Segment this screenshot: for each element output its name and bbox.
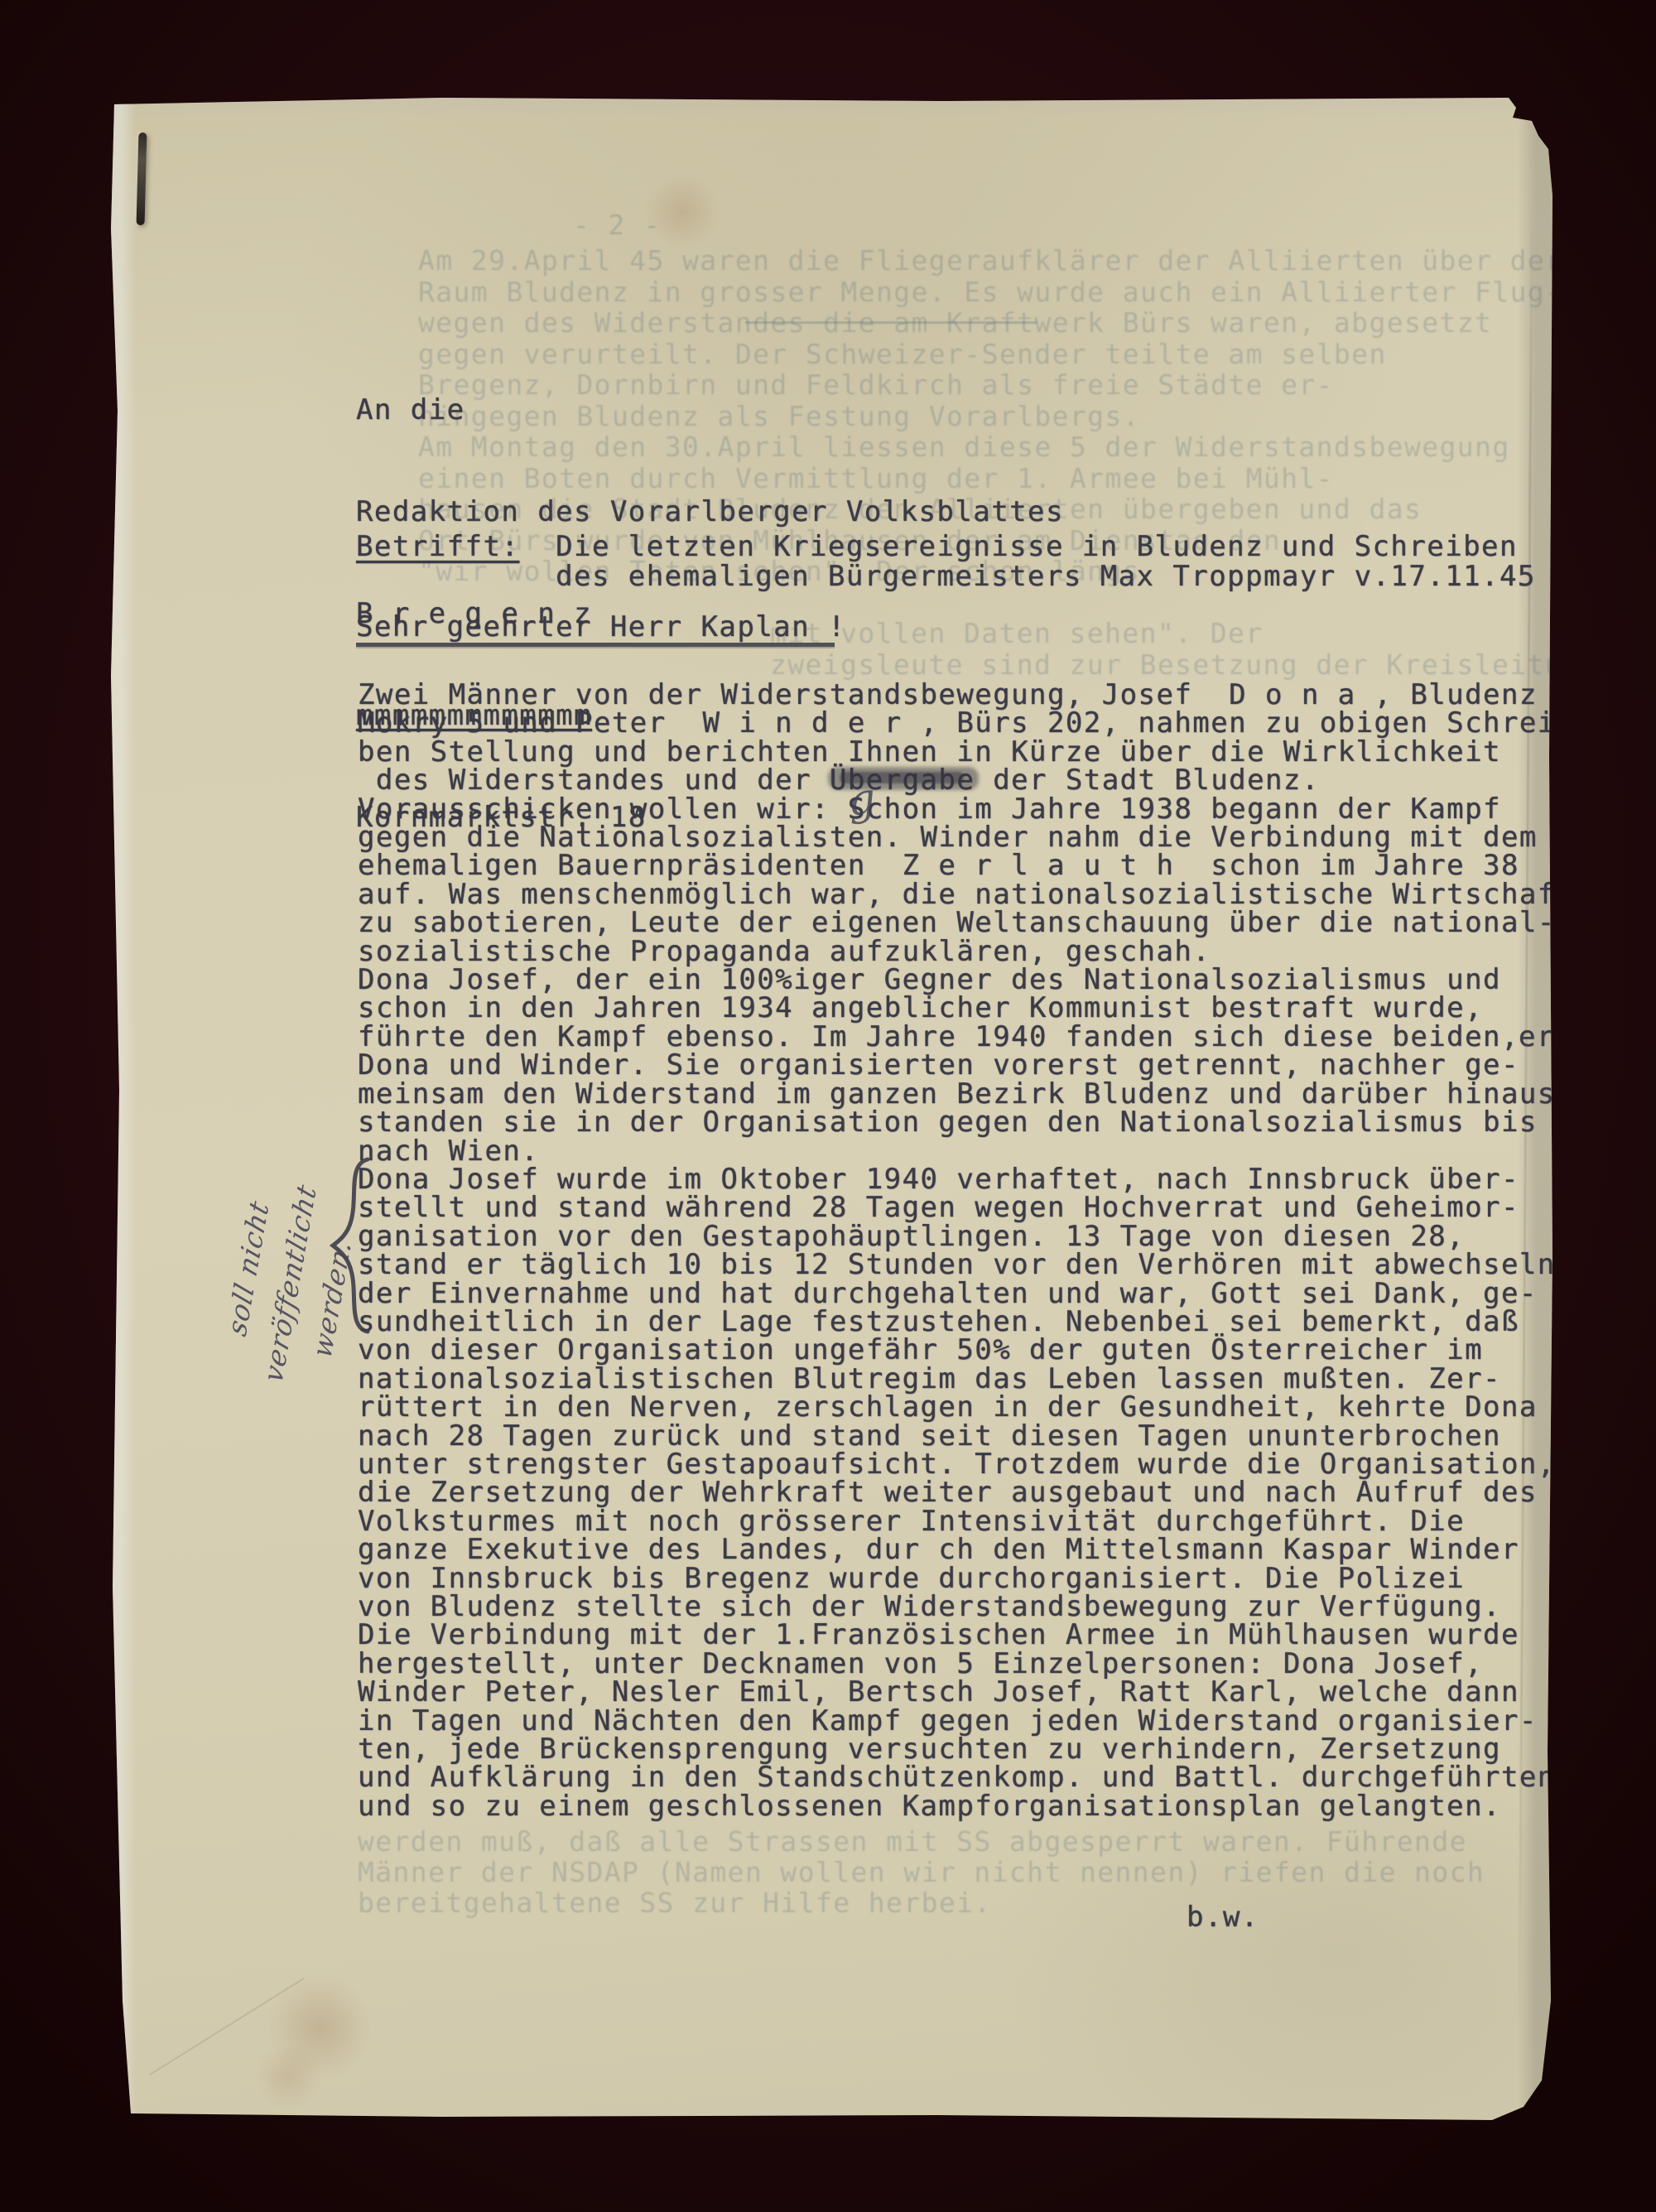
handwritten-margin-note: soll nicht veröffentlicht werden. [146,1146,434,1428]
staple [137,133,147,225]
scanned-letter-view: - 2 - Am 29.April 45 waren die Fliegerau… [0,0,1656,2212]
subject-line-1: Betrifft: Die letzten Kriegsereignisse i… [356,530,1518,563]
salutation: Sehr geehrter Herr Kaplan ! [356,610,846,643]
subject-text-2: des ehemaligen Bürgermeisters Max Troppm… [556,560,1536,593]
document-page: - 2 - Am 29.April 45 waren die Fliegerau… [111,96,1552,2122]
handwritten-correction-letter: g [845,773,878,826]
address-line-1: An die [356,393,1064,427]
bleedthrough-bottom-text: werden muß, daß alle Strassen mit SS abg… [358,1826,1485,1918]
subject-label: Betrifft: [356,530,519,563]
subject-line-2: des ehemaligen Bürgermeisters Max Troppm… [356,560,1536,593]
closing-bw: b.w. [1187,1901,1259,1934]
salutation-underline [356,643,835,647]
address-line-2: Redaktion des Vorarlberger Volksblattes [356,495,1064,529]
letter-body: Zwei Männer von der Widerstandsbewegung,… [358,681,1574,1820]
paper-crease-bottom-left [149,1978,305,2075]
subject-text-1: Die letzten Kriegsereignisse in Bludenz … [556,530,1518,563]
bleedthrough-page-number: - 2 - [573,209,661,241]
margin-insert-er: er [1519,1020,1555,1053]
